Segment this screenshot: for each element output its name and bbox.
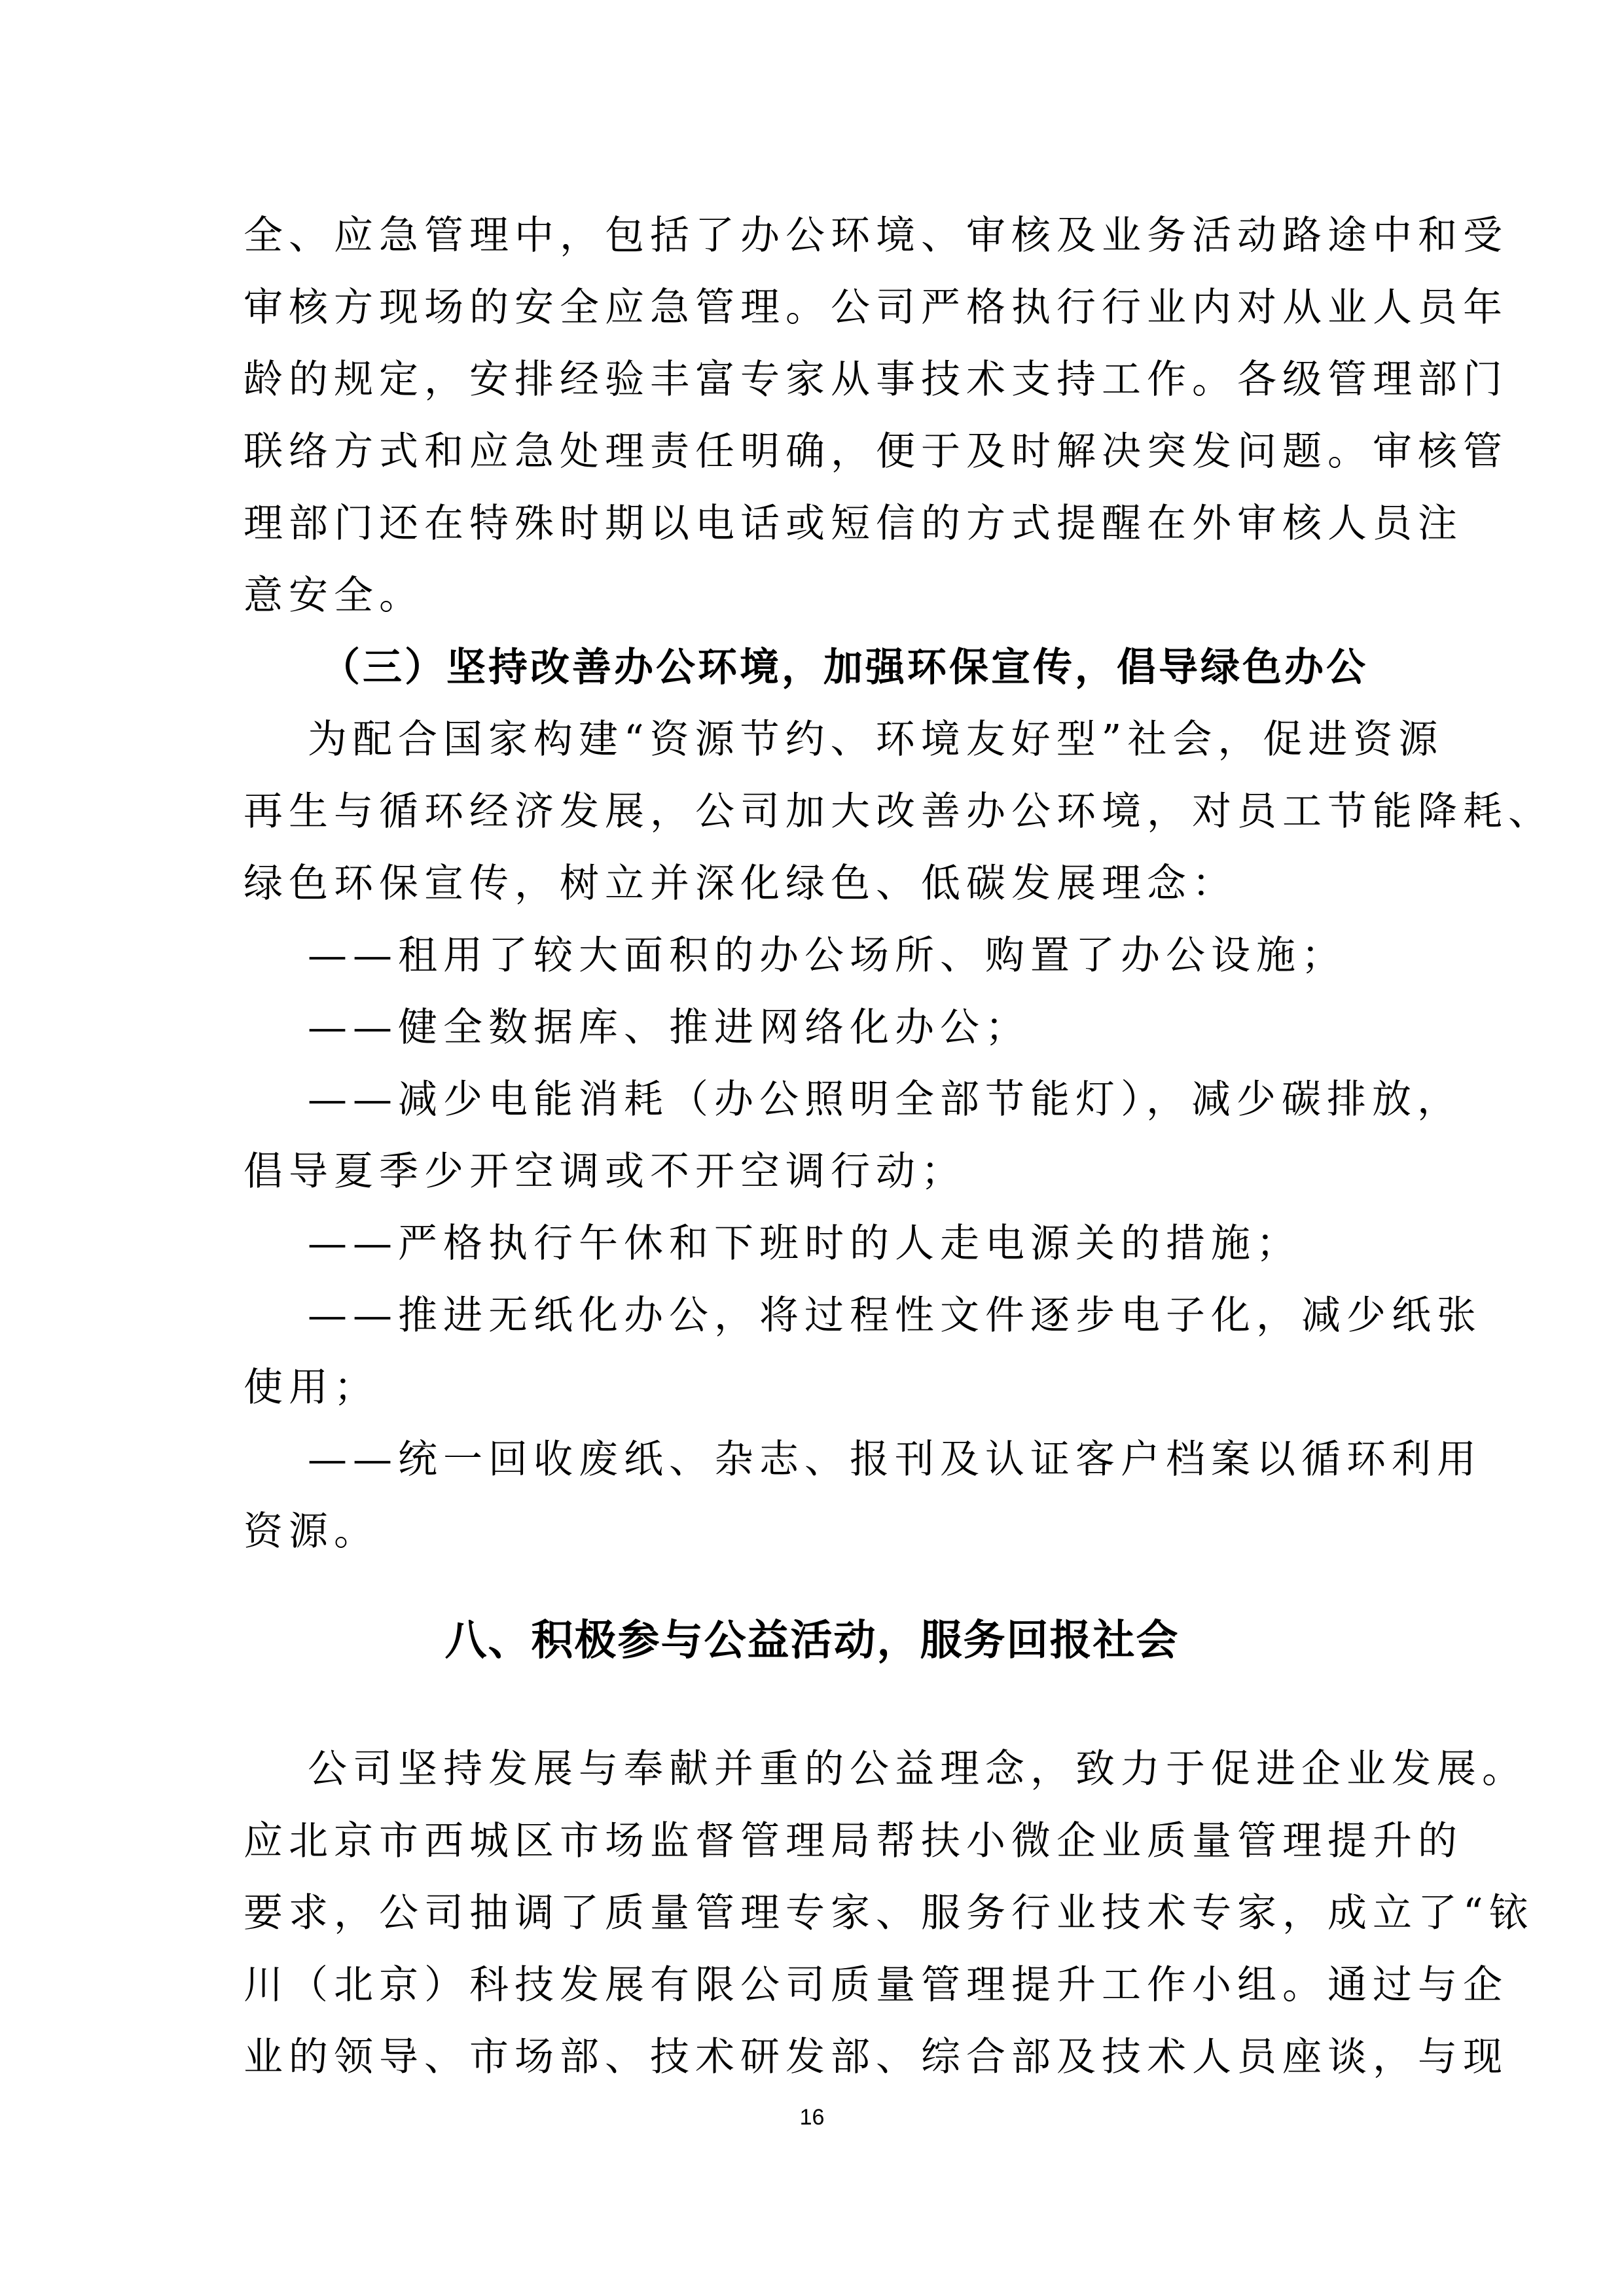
page-number: 16	[0, 2104, 1624, 2130]
body-text-line: 理部门还在特殊时期以电话或短信的方式提醒在外审核人员注	[244, 501, 1382, 547]
body-text-line: 业的领导、市场部、技术研发部、综合部及技术人员座谈，与现	[244, 2034, 1382, 2080]
body-text-line: 要求，公司抽调了质量管理专家、服务行业技术专家，成立了“铱	[244, 1890, 1382, 1936]
body-text-line: 意安全。	[244, 573, 1382, 619]
subsection-heading: （三）坚持改善办公环境，加强环保宣传，倡导绿色办公	[321, 645, 1368, 691]
measure-item: ——健全数据库、推进网络化办公；	[308, 1005, 1382, 1050]
body-text-line: 审核方现场的安全应急管理。公司严格执行行业内对从业人员年	[244, 285, 1382, 331]
measure-item-continuation: 使用；	[244, 1365, 1382, 1410]
measure-item-continuation: 倡导夏季少开空调或不开空调行动；	[244, 1149, 1382, 1194]
body-text-line: 再生与循环经济发展，公司加大改善办公环境，对员工节能降耗、	[244, 789, 1382, 834]
body-text-line: 为配合国家构建“资源节约、环境友好型”社会，促进资源	[308, 717, 1382, 762]
body-text-line: 龄的规定，安排经验丰富专家从事技术支持工作。各级管理部门	[244, 357, 1382, 403]
body-text-line: 绿色环保宣传，树立并深化绿色、低碳发展理念：	[244, 861, 1382, 906]
measure-item: ——减少电能消耗（办公照明全部节能灯），减少碳排放，	[308, 1077, 1382, 1122]
body-text-line: 川（北京）科技发展有限公司质量管理提升工作小组。通过与企	[244, 1962, 1382, 2008]
body-text-line: 应北京市西城区市场监督管理局帮扶小微企业质量管理提升的	[244, 1818, 1382, 1864]
body-text-line: 公司坚持发展与奉献并重的公益理念，致力于促进企业发展。	[308, 1746, 1382, 1792]
measure-item-continuation: 资源。	[244, 1509, 1382, 1554]
document-page: 全、应急管理中，包括了办公环境、审核及业务活动路途中和受 审核方现场的安全应急管…	[0, 0, 1624, 2296]
measure-item: ——严格执行午休和下班时的人走电源关的措施；	[308, 1221, 1382, 1266]
measure-item: ——统一回收废纸、杂志、报刊及认证客户档案以循环利用	[308, 1437, 1382, 1482]
body-text-line: 联络方式和应急处理责任明确，便于及时解决突发问题。审核管	[244, 429, 1382, 475]
section-heading: 八、积极参与公益活动，服务回报社会	[0, 1617, 1624, 1665]
measure-item: ——推进无纸化办公，将过程性文件逐步电子化，减少纸张	[308, 1293, 1382, 1338]
body-text-line: 全、应急管理中，包括了办公环境、审核及业务活动路途中和受	[244, 213, 1382, 259]
measure-item: ——租用了较大面积的办公场所、购置了办公设施；	[308, 933, 1382, 978]
